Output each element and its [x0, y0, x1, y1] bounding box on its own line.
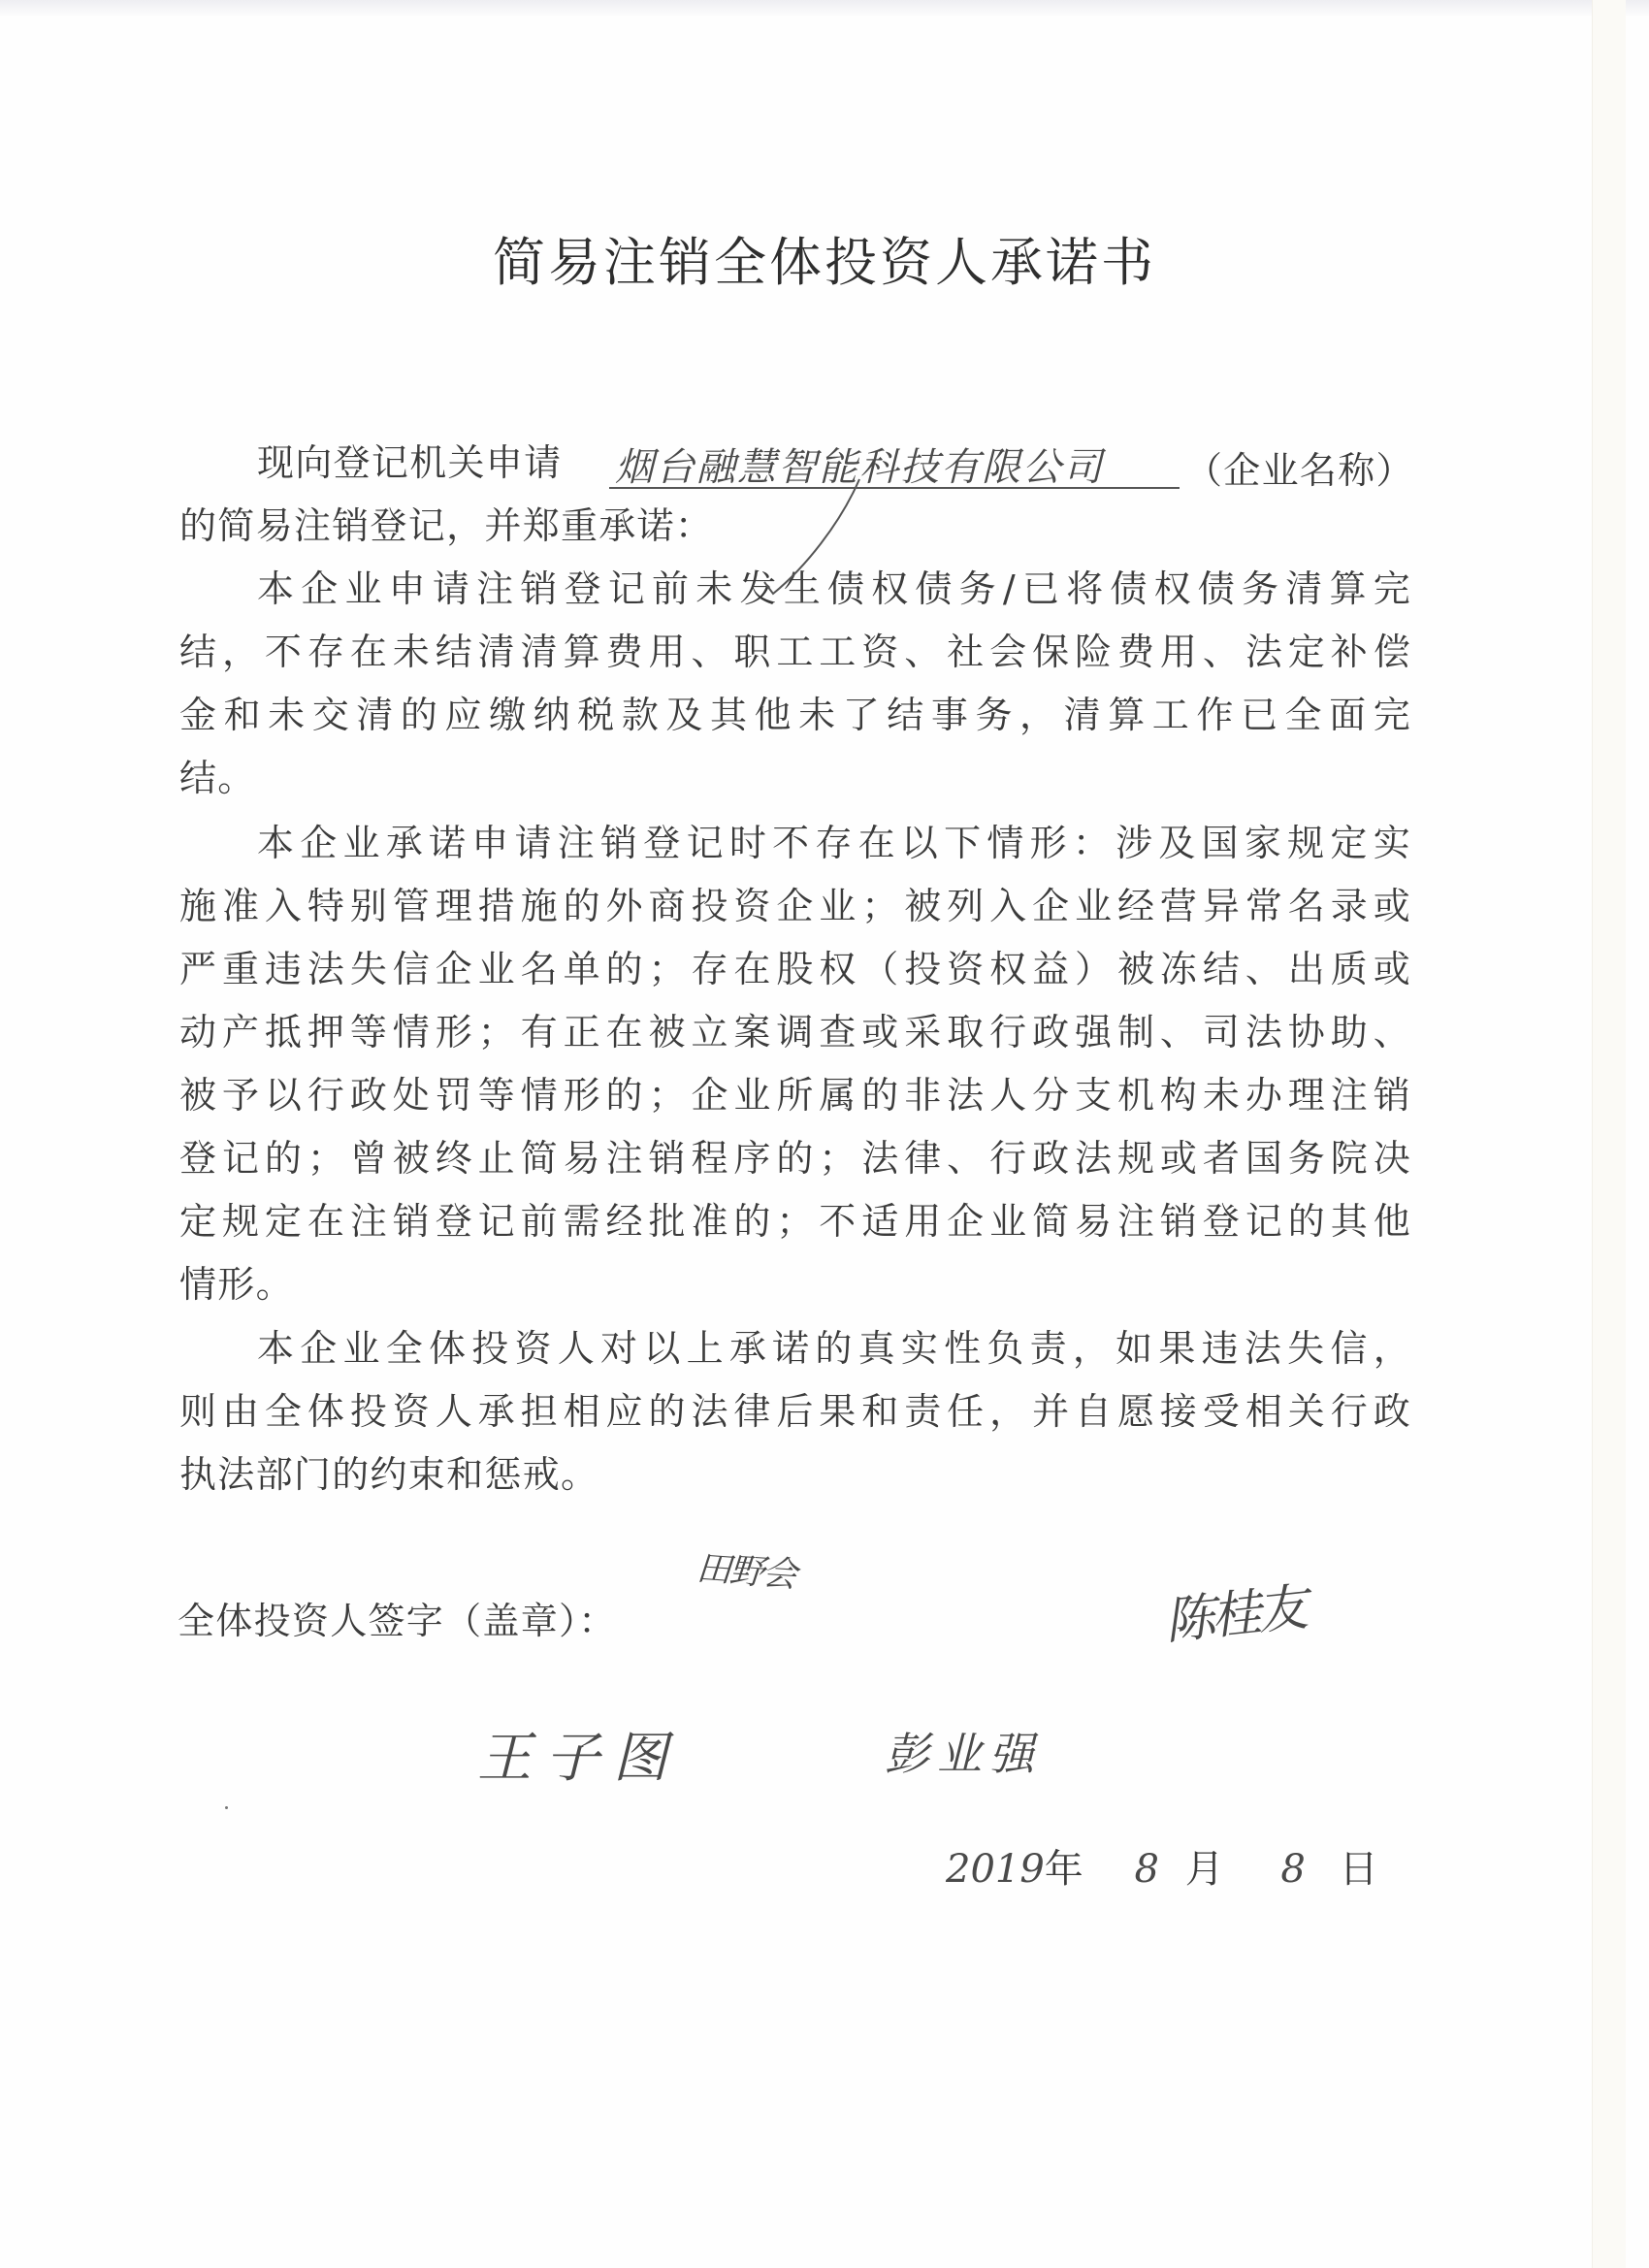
handwritten-check-mark	[0, 0, 1649, 2268]
scan-speck	[225, 1806, 228, 1809]
